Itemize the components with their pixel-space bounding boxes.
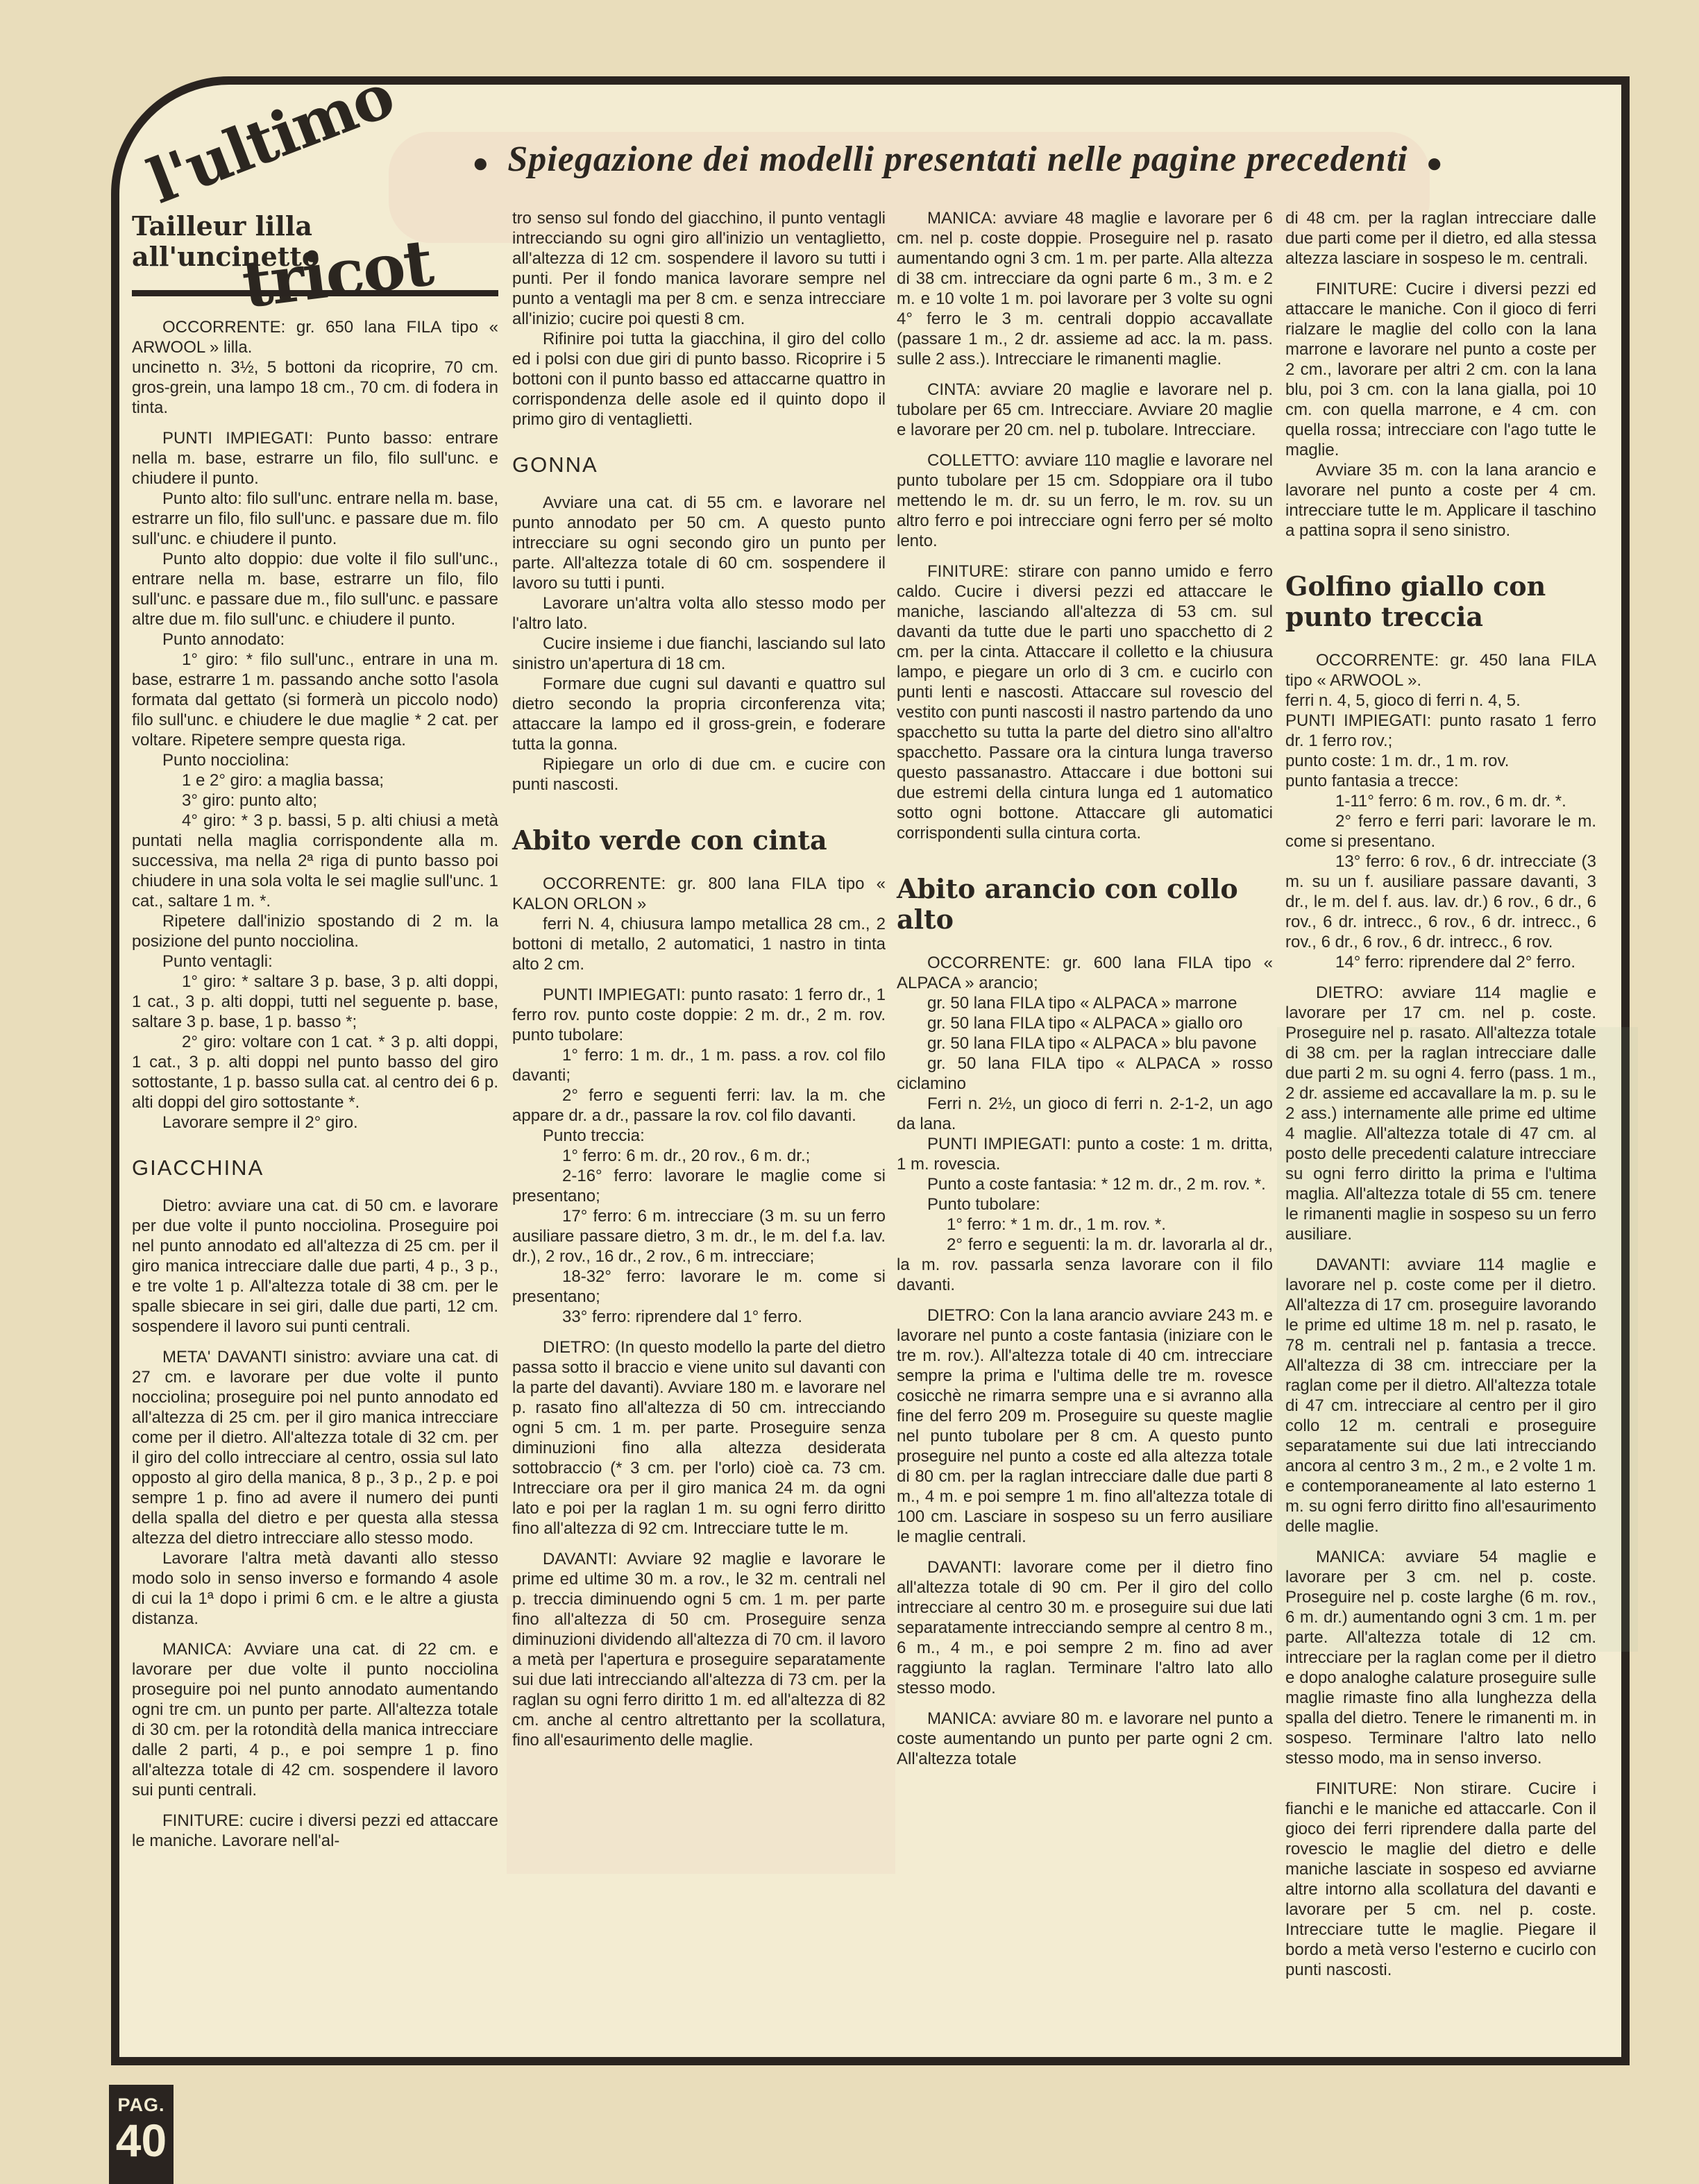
body-paragraph: Lavorare l'altra metà davanti allo stess… [132,1548,498,1629]
page-number-label: PAG. [109,2094,174,2116]
body-paragraph: 2° ferro e seguenti ferri: lav. la m. ch… [512,1085,886,1126]
body-paragraph: Punto ventagli: [132,951,498,972]
page-number-badge: PAG. 40 [109,2085,174,2184]
subsection-heading-gonna: GONNA [512,455,886,475]
body-paragraph: DAVANTI: avviare 114 maglie e lavorare n… [1285,1255,1596,1537]
body-paragraph: Ripetere dall'inizio spostando di 2 m. l… [132,911,498,951]
body-paragraph: ferri n. 4, 5, gioco di ferri n. 4, 5. [1285,691,1596,711]
page-title-text: Spiegazione dei modelli presentati nelle… [507,139,1408,179]
body-paragraph: 14° ferro: riprendere dal 2° ferro. [1285,952,1596,972]
body-paragraph: OCCORRENTE: gr. 800 lana FILA tipo « KAL… [512,874,886,914]
page-title: ●Spiegazione dei modelli presentati nell… [389,139,1527,180]
body-paragraph: DIETRO: avviare 114 maglie e lavorare pe… [1285,983,1596,1244]
body-paragraph: FINITURE: Non stirare. Cucire i fianchi … [1285,1779,1596,1980]
body-paragraph: 4° giro: * 3 p. bassi, 5 p. alti chiusi … [132,811,498,911]
body-paragraph: MANICA: avviare 54 maglie e lavorare per… [1285,1547,1596,1768]
body-paragraph: 13° ferro: 6 rov., 6 dr. intrecciate (3 … [1285,852,1596,952]
body-paragraph: FINITURE: Cucire i diversi pezzi ed atta… [1285,279,1596,460]
body-paragraph: gr. 50 lana FILA tipo « ALPACA » blu pav… [897,1033,1273,1053]
subsection-heading-giacchina: GIACCHINA [132,1158,498,1178]
page-number: 40 [109,2117,174,2163]
body-paragraph: Rifinire poi tutta la giacchina, il giro… [512,329,886,430]
body-paragraph: Punto treccia: [512,1126,886,1146]
body-paragraph: Punto tubolare: [897,1194,1273,1214]
body-paragraph: FINITURE: cucire i diversi pezzi ed atta… [132,1811,498,1851]
body-paragraph: 1° giro: * saltare 3 p. base, 3 p. alti … [132,972,498,1032]
body-paragraph: PUNTI IMPIEGATI: punto rasato: 1 ferro d… [512,985,886,1045]
body-paragraph: 1-11° ferro: 6 m. rov., 6 m. dr. *. [1285,791,1596,811]
body-paragraph: ferri N. 4, chiusura lampo metallica 28 … [512,914,886,974]
body-paragraph: PUNTI IMPIEGATI: punto a coste: 1 m. dri… [897,1134,1273,1174]
body-paragraph: Cucire insieme i due fianchi, lasciando … [512,634,886,674]
body-paragraph: Avviare 35 m. con la lana arancio e lavo… [1285,460,1596,541]
body-paragraph: 1 e 2° giro: a maglia bassa; [132,770,498,790]
body-paragraph: 18-32° ferro: lavorare le m. come si pre… [512,1267,886,1307]
body-paragraph: Avviare una cat. di 55 cm. e lavorare ne… [512,493,886,593]
section-title-abito-arancio: Abito arancio con collo alto [897,874,1273,935]
body-paragraph: 17° ferro: 6 m. intrecciare (3 m. su un … [512,1206,886,1267]
body-paragraph: 33° ferro: riprendere dal 1° ferro. [512,1307,886,1327]
body-paragraph: gr. 50 lana FILA tipo « ALPACA » giallo … [897,1013,1273,1033]
body-paragraph: 2° giro: voltare con 1 cat. * 3 p. alti … [132,1032,498,1112]
body-paragraph: OCCORRENTE: gr. 450 lana FILA tipo « ARW… [1285,650,1596,691]
body-paragraph: Ripiegare un orlo di due cm. e cucire co… [512,754,886,795]
body-paragraph: Lavorare un'altra volta allo stesso modo… [512,593,886,634]
body-paragraph: Punto nocciolina: [132,750,498,770]
bullet-icon: ● [1408,147,1462,178]
body-paragraph: OCCORRENTE: gr. 650 lana FILA tipo « ARW… [132,317,498,357]
body-paragraph: Punto a coste fantasia: * 12 m. dr., 2 m… [897,1174,1273,1194]
body-paragraph: 3° giro: punto alto; [132,790,498,811]
text-column-2: tro senso sul fondo del giacchino, il pu… [512,208,886,1750]
body-paragraph: 1° ferro: * 1 m. dr., 1 m. rov. *. [897,1214,1273,1235]
section-title-abito-verde: Abito verde con cinta [512,825,886,856]
section-title-golfino: Golfino giallo con punto treccia [1285,571,1596,632]
body-paragraph: 1° giro: * filo sull'unc., entrare in un… [132,650,498,750]
body-paragraph: DAVANTI: Avviare 92 maglie e lavorare le… [512,1549,886,1750]
body-paragraph: CINTA: avviare 20 maglie e lavorare nel … [897,380,1273,440]
body-paragraph: Dietro: avviare una cat. di 50 cm. e lav… [132,1196,498,1337]
body-paragraph: OCCORRENTE: gr. 600 lana FILA tipo « ALP… [897,953,1273,993]
body-paragraph: uncinetto n. 3½, 5 bottoni da ricoprire,… [132,357,498,418]
body-paragraph: MANICA: avviare 48 maglie e lavorare per… [897,208,1273,369]
body-paragraph: MANICA: Avviare una cat. di 22 cm. e lav… [132,1639,498,1800]
body-paragraph: Lavorare sempre il 2° giro. [132,1112,498,1133]
body-paragraph: MANICA: avviare 80 m. e lavorare nel pun… [897,1709,1273,1769]
bullet-icon: ● [454,147,507,178]
logo-line-1: l'ultimo [138,59,403,218]
body-paragraph: FINITURE: stirare con panno umido e ferr… [897,561,1273,843]
title-underline [132,290,498,296]
body-paragraph: PUNTI IMPIEGATI: punto rasato 1 ferro dr… [1285,711,1596,751]
body-paragraph: di 48 cm. per la raglan intrecciare dall… [1285,208,1596,269]
body-paragraph: 2° ferro e ferri pari: lavorare le m. co… [1285,811,1596,852]
body-paragraph: Ferri n. 2½, un gioco di ferri n. 2-1-2,… [897,1094,1273,1134]
body-paragraph: gr. 50 lana FILA tipo « ALPACA » rosso c… [897,1053,1273,1094]
body-paragraph: 2-16° ferro: lavorare le maglie come si … [512,1166,886,1206]
body-paragraph: Formare due cugni sul davanti e quattro … [512,674,886,754]
section-title-tailleur: Tailleur lilla all'uncinetto [132,211,498,272]
body-paragraph: punto fantasia a trecce: [1285,771,1596,791]
body-paragraph: Punto annodato: [132,629,498,650]
body-paragraph: COLLETTO: avviare 110 maglie e lavorare … [897,450,1273,551]
body-paragraph: Punto alto doppio: due volte il filo sul… [132,549,498,629]
body-paragraph: DAVANTI: lavorare come per il dietro fin… [897,1557,1273,1698]
body-paragraph: punto coste: 1 m. dr., 1 m. rov. [1285,751,1596,771]
text-column-3: MANICA: avviare 48 maglie e lavorare per… [897,208,1273,1769]
body-paragraph: 1° ferro: 6 m. dr., 20 rov., 6 m. dr.; [512,1146,886,1166]
body-paragraph: 1° ferro: 1 m. dr., 1 m. pass. a rov. co… [512,1045,886,1085]
body-paragraph: META' DAVANTI sinistro: avviare una cat.… [132,1347,498,1548]
text-column-1: Tailleur lilla all'uncinettoOCCORRENTE: … [132,208,498,1851]
body-paragraph: 2° ferro e seguenti: la m. dr. lavorarla… [897,1235,1273,1295]
body-paragraph: gr. 50 lana FILA tipo « ALPACA » marrone [897,993,1273,1013]
body-paragraph: PUNTI IMPIEGATI: Punto basso: entrare ne… [132,428,498,489]
body-paragraph: DIETRO: (In questo modello la parte del … [512,1337,886,1539]
body-paragraph: tro senso sul fondo del giacchino, il pu… [512,208,886,329]
text-column-4: di 48 cm. per la raglan intrecciare dall… [1285,208,1596,1980]
body-paragraph: DIETRO: Con la lana arancio avviare 243 … [897,1305,1273,1547]
body-paragraph: Punto alto: filo sull'unc. entrare nella… [132,489,498,549]
